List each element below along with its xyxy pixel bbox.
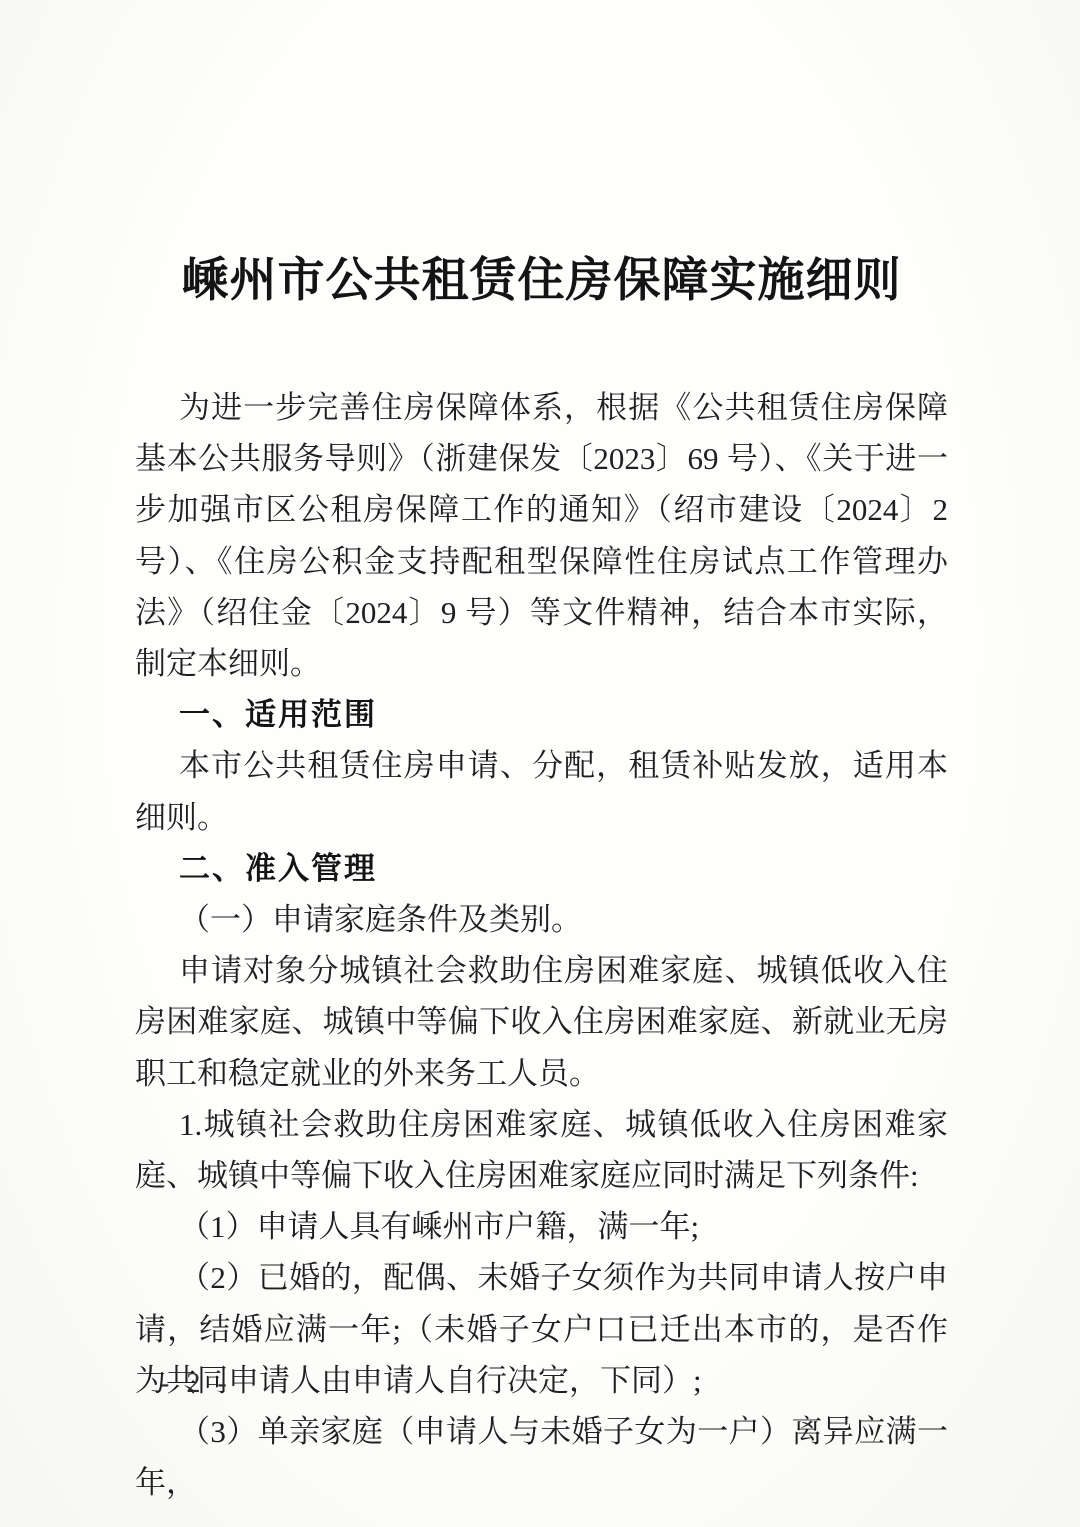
document-title: 嵊州市公共租赁住房保障实施细则 xyxy=(135,252,948,310)
paragraph-preamble: 为进一步完善住房保障体系，根据《公共租赁住房保障基本公共服务导则》（浙建保发〔2… xyxy=(135,382,948,689)
section-heading-2: 二、准入管理 xyxy=(135,843,948,894)
document-body: 嵊州市公共租赁住房保障实施细则 为进一步完善住房保障体系，根据《公共租赁住房保障… xyxy=(135,252,948,1508)
paragraph-condition-1: （1）申请人具有嵊州市户籍，满一年; xyxy=(135,1201,948,1252)
paragraph-item-1: 1.城镇社会救助住房困难家庭、城镇低收入住房困难家庭、城镇中等偏下收入住房困难家… xyxy=(135,1099,948,1201)
document-page: 嵊州市公共租赁住房保障实施细则 为进一步完善住房保障体系，根据《公共租赁住房保障… xyxy=(0,0,1080,1527)
paragraph-condition-3: （3）单亲家庭（申请人与未婚子女为一户）离异应满一年， xyxy=(135,1406,948,1508)
paragraph-scope: 本市公共租赁住房申请、分配，租赁补贴发放，适用本细则。 xyxy=(135,740,948,842)
paragraph-condition-2: （2）已婚的，配偶、未婚子女须作为共同申请人按户申请，结婚应满一年;（未婚子女户… xyxy=(135,1252,948,1406)
page-number: - 2 - xyxy=(160,1368,232,1400)
section-heading-1: 一、适用范围 xyxy=(135,689,948,740)
paragraph-subheading-conditions: （一）申请家庭条件及类别。 xyxy=(135,894,948,945)
paragraph-applicant-categories: 申请对象分城镇社会救助住房困难家庭、城镇低收入住房困难家庭、城镇中等偏下收入住房… xyxy=(135,945,948,1099)
